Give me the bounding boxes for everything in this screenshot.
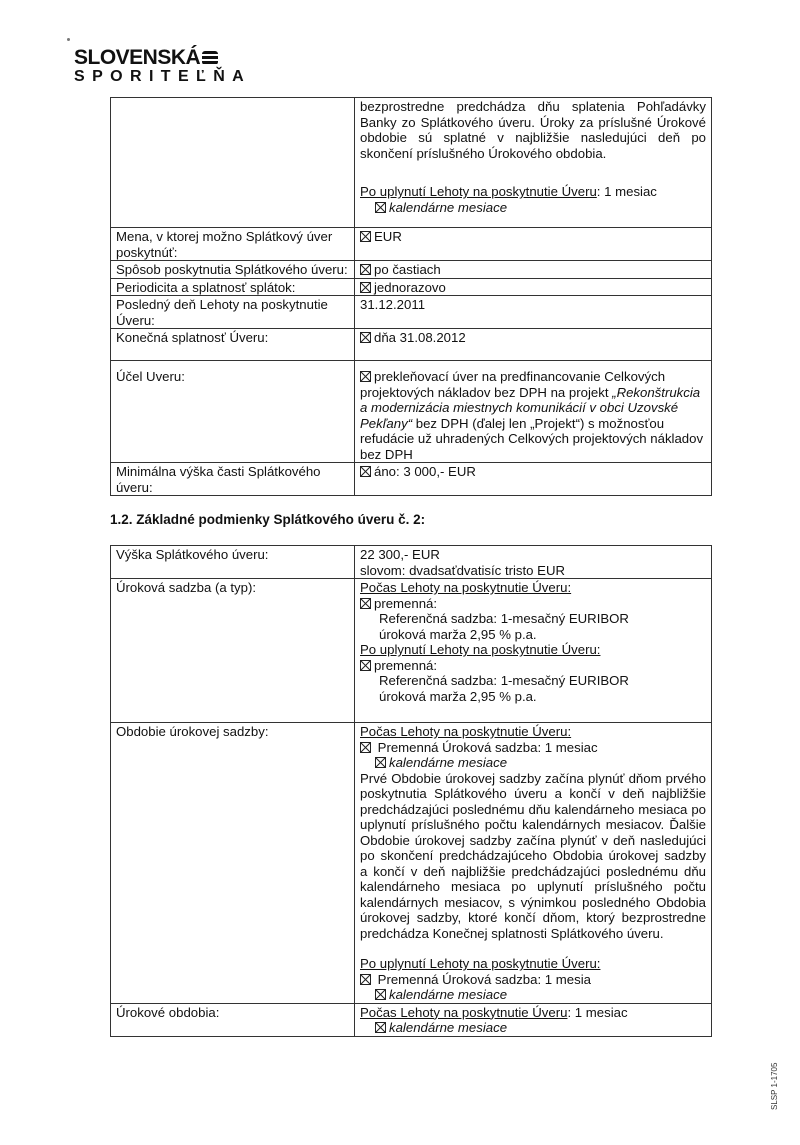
checked-box-icon xyxy=(360,264,371,275)
row-value: po častiach xyxy=(355,261,712,279)
checked-box-icon xyxy=(360,371,371,382)
after-period-line: Po uplynutí Lehoty na poskytnutie Úveru:… xyxy=(360,184,706,200)
logo-line1: SLOVENSKÁ xyxy=(74,46,200,69)
checked-box-icon xyxy=(360,332,371,343)
row-value: 31.12.2011 xyxy=(355,296,712,329)
checked-box-icon xyxy=(360,466,371,477)
row-value: Počas Lehoty na poskytnutie Úveru: preme… xyxy=(355,579,712,723)
row-label: Mena, v ktorej možno Splátkový úver posk… xyxy=(111,228,355,261)
row-label: Výška Splátkového úveru: xyxy=(111,546,355,579)
logo-s-icon xyxy=(202,51,218,65)
row-value: Počas Lehoty na poskytnutie Úveru: Preme… xyxy=(355,723,712,1004)
row-value: 22 300,- EUR slovom: dvadsaťdvatisíc tri… xyxy=(355,546,712,579)
table-row: Úroková sadzba (a typ): Počas Lehoty na … xyxy=(111,579,712,723)
loan2-conditions-table: Výška Splátkového úveru: 22 300,- EUR sl… xyxy=(110,545,712,1037)
calendar-option: kalendárne mesiace xyxy=(360,200,706,216)
row-label: Účel Uveru: xyxy=(111,361,355,463)
row-label: Úrokové obdobia: xyxy=(111,1003,355,1036)
row-label xyxy=(111,98,355,228)
checked-box-icon xyxy=(375,757,386,768)
bank-logo: SLOVENSKÁ SPORITEĽŇA xyxy=(74,48,251,86)
row-value: Počas Lehoty na poskytnutie Úveru: 1 mes… xyxy=(355,1003,712,1036)
row-label: Konečná splatnosť Úveru: xyxy=(111,329,355,361)
section-heading: 1.2. Základné podmienky Splátkového úver… xyxy=(110,512,425,527)
row-label: Obdobie úrokovej sadzby: xyxy=(111,723,355,1004)
row-label: Periodicita a splatnosť splátok: xyxy=(111,278,355,296)
row-value: jednorazovo xyxy=(355,278,712,296)
checked-box-icon xyxy=(360,282,371,293)
table-row: Obdobie úrokovej sadzby: Počas Lehoty na… xyxy=(111,723,712,1004)
scan-speck xyxy=(67,38,70,41)
loan-amount: 22 300,- EUR xyxy=(360,547,706,563)
row-value: EUR xyxy=(355,228,712,261)
checked-box-icon xyxy=(375,1022,386,1033)
checked-box-icon xyxy=(375,202,386,213)
row-label: Úroková sadzba (a typ): xyxy=(111,579,355,723)
form-code: SLSP 1-1705 xyxy=(770,1063,779,1110)
table-row: bezprostredne predchádza dňu splatenia P… xyxy=(111,98,712,228)
row-value: dňa 31.08.2012 xyxy=(355,329,712,361)
table-row: Posledný deň Lehoty na poskytnutie Úveru… xyxy=(111,296,712,329)
loan-amount-words: slovom: dvadsaťdvatisíc tristo EUR xyxy=(360,563,706,579)
table-row: Konečná splatnosť Úveru: dňa 31.08.2012 xyxy=(111,329,712,361)
row-label: Posledný deň Lehoty na poskytnutie Úveru… xyxy=(111,296,355,329)
checked-box-icon xyxy=(360,974,371,985)
row-value: bezprostredne predchádza dňu splatenia P… xyxy=(355,98,712,228)
loan1-conditions-table: bezprostredne predchádza dňu splatenia P… xyxy=(110,97,712,496)
row-label: Minimálna výška časti Splátkového úveru: xyxy=(111,463,355,496)
table-row: Minimálna výška časti Splátkového úveru:… xyxy=(111,463,712,496)
table-row: Mena, v ktorej možno Splátkový úver posk… xyxy=(111,228,712,261)
period-paragraph: Prvé Obdobie úrokovej sadzby začína plyn… xyxy=(360,771,706,942)
row-label: Spôsob poskytnutia Splátkového úveru: xyxy=(111,261,355,279)
table-row: Účel Uveru: prekleňovací úver na predfin… xyxy=(111,361,712,463)
checked-box-icon xyxy=(360,231,371,242)
table-row: Spôsob poskytnutia Splátkového úveru: po… xyxy=(111,261,712,279)
payment-paragraph: bezprostredne predchádza dňu splatenia P… xyxy=(360,99,706,161)
row-value: prekleňovací úver na predfinancovanie Ce… xyxy=(355,361,712,463)
checked-box-icon xyxy=(360,598,371,609)
table-row: Periodicita a splatnosť splátok: jednora… xyxy=(111,278,712,296)
logo-line2: SPORITEĽŇA xyxy=(74,68,251,86)
checked-box-icon xyxy=(375,989,386,1000)
checked-box-icon xyxy=(360,660,371,671)
table-row: Úrokové obdobia: Počas Lehoty na poskytn… xyxy=(111,1003,712,1036)
row-value: áno: 3 000,- EUR xyxy=(355,463,712,496)
table-row: Výška Splátkového úveru: 22 300,- EUR sl… xyxy=(111,546,712,579)
checked-box-icon xyxy=(360,742,371,753)
